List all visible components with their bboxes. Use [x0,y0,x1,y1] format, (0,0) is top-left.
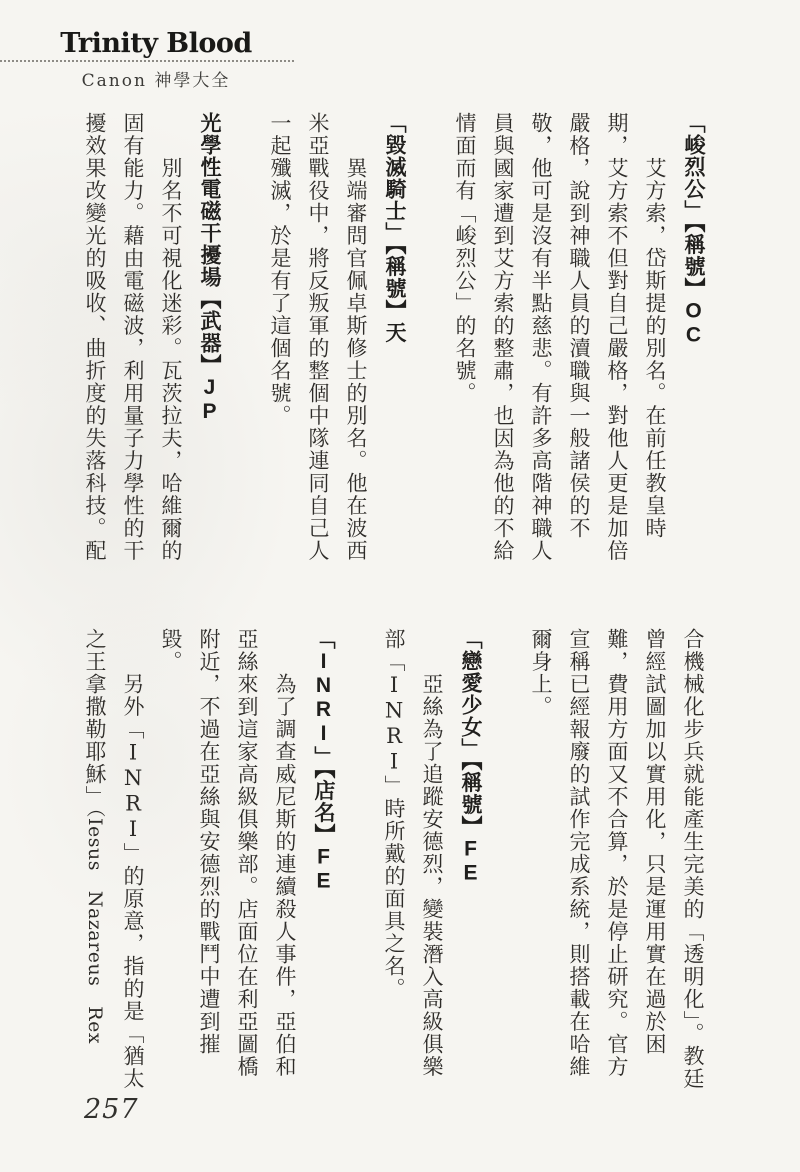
text-column: 亞絲為了追蹤安德烈，變裝潛入高級俱樂 [413,628,451,1090]
text-column: 為了調查威尼斯的連續殺人事件，亞伯和 [266,628,304,1090]
entry-heading: 光學性電磁干擾場【武器】JP [190,112,228,567]
book-title: Trinity Blood [20,28,292,59]
book-subtitle: Canon 神學大全 [20,66,292,91]
text-column: 艾方索，岱斯提的別名。在前任教皇時 [636,112,674,567]
text-column: 曾經試圖加以實用化，只是運用實在過於困 [636,628,674,1090]
text-column: 別名不可視化迷彩。瓦茨拉夫，哈維爾的 [152,112,190,567]
text-column: 異端審問官佩卓斯修士的別名。他在波西 [337,112,375,567]
entry-heading: 「INRI」【店名】FE [304,628,342,1090]
text-column: 難，費用方面又不合算，於是停止研究。官方 [598,628,636,1090]
text-column: 期，艾方索不但對自己嚴格，對他人更是加倍 [598,112,636,567]
text-column: 部「INRI」時所戴的面具之名。 [375,628,413,1090]
text-column: 合機械化步兵就能產生完美的「透明化」。教廷 [674,628,712,1090]
text-column: 固有能力。藉由電磁波，利用量子力學性的干 [114,112,152,567]
text-band-bottom: 合機械化步兵就能產生完美的「透明化」。教廷曾經試圖加以實用化，只是運用實在過於困… [64,628,712,1090]
entry-heading: 「峻烈公」【稱號】OC [674,112,712,567]
text-column: 另外「INRI」的原意，指的是「猶太 [114,628,152,1090]
text-column: 嚴格，說到神職人員的瀆職與一般諸侯的不 [560,112,598,567]
entry-heading: 「戀愛少女」【稱號】FE [451,628,489,1090]
header-divider [0,60,294,62]
text-column: 情面而有「峻烈公」的名號。 [446,112,484,567]
text-column: 擾效果改變光的吸收、曲折度的失落科技。配 [76,112,114,567]
latin-annotation: （Iesus Nazareus Rex [84,808,106,1044]
text-column: 爾身上。 [522,628,560,1090]
entry-heading: 「毀滅騎士」【稱號】天 [375,112,413,567]
text-band-top: 「峻烈公」【稱號】OC艾方索，岱斯提的別名。在前任教皇時期，艾方索不但對自己嚴格… [64,112,712,567]
text-column: 附近，不過在亞絲與安德烈的戰鬥中遭到摧 [190,628,228,1090]
text-column: 亞絲來到這家高級俱樂部。店面位在利亞圖橋 [228,628,266,1090]
book-page: Trinity Blood Canon 神學大全 「峻烈公」【稱號】OC艾方索，… [0,0,800,1172]
text-column: 員與國家遭到艾方索的整肅，也因為他的不給 [484,112,522,567]
text-column: 一起殲滅，於是有了這個名號。 [261,112,299,567]
text-column: 宣稱已經報廢的試作完成系統，則搭載在哈維 [560,628,598,1090]
text-column: 毀。 [152,628,190,1090]
text-column: 之王拿撒勒耶穌」（Iesus Nazareus Rex [76,628,114,1090]
page-number: 257 [84,1094,139,1125]
text-column: 敬，他可是沒有半點慈悲。有許多高階神職人 [522,112,560,567]
text-column: 米亞戰役中，將反叛軍的整個中隊連同自己人 [299,112,337,567]
